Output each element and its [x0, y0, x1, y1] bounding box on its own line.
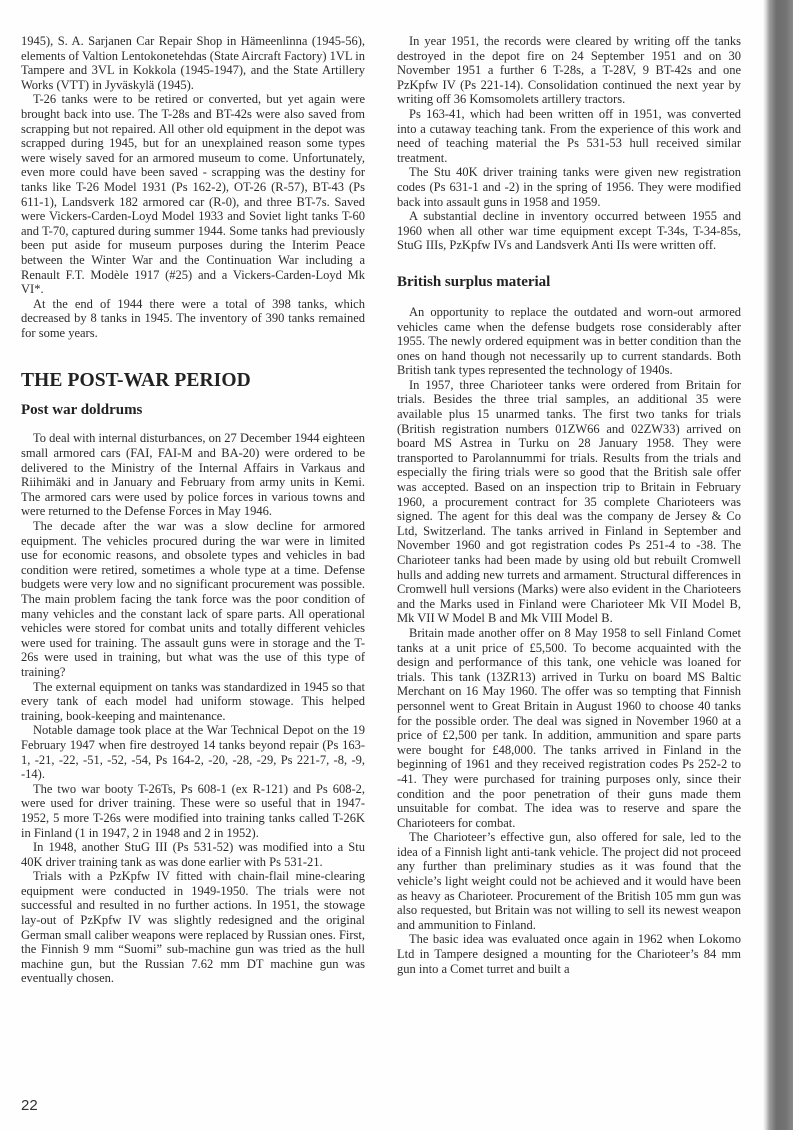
paragraph: At the end of 1944 there were a total of… — [21, 297, 365, 341]
paragraph: To deal with internal disturbances, on 2… — [21, 431, 365, 519]
paragraph: In 1948, another StuG III (Ps 531-52) wa… — [21, 840, 365, 869]
paragraph: Ps 163-41, which had been written off in… — [397, 107, 741, 165]
paragraph: Notable damage took place at the War Tec… — [21, 723, 365, 781]
page-number: 22 — [21, 1097, 38, 1114]
book-gutter-shadow — [763, 0, 793, 1130]
paragraph: The Stu 40K driver training tanks were g… — [397, 165, 741, 209]
paragraph: The basic idea was evaluated once again … — [397, 932, 741, 976]
paragraph: In year 1951, the records were cleared b… — [397, 34, 741, 107]
paragraph: The Charioteer’s effective gun, also off… — [397, 830, 741, 932]
paragraph: The external equipment on tanks was stan… — [21, 680, 365, 724]
paragraph: 1945), S. A. Sarjanen Car Repair Shop in… — [21, 34, 365, 92]
paragraph: T-26 tanks were to be retired or convert… — [21, 92, 365, 296]
paragraph: The two war booty T-26Ts, Ps 608-1 (ex R… — [21, 782, 365, 840]
section-title: Post war doldrums — [21, 401, 365, 419]
paragraph: Trials with a PzKpfw IV fitted with chai… — [21, 869, 365, 986]
section-title: British surplus material — [397, 273, 741, 291]
paragraph: The decade after the war was a slow decl… — [21, 519, 365, 680]
paragraph: Britain made another offer on 8 May 1958… — [397, 626, 741, 830]
book-page: 1945), S. A. Sarjanen Car Repair Shop in… — [0, 0, 793, 1130]
paragraph: In 1957, three Charioteer tanks were ord… — [397, 378, 741, 626]
left-column: 1945), S. A. Sarjanen Car Repair Shop in… — [21, 34, 365, 986]
right-column: In year 1951, the records were cleared b… — [397, 34, 741, 976]
paragraph: An opportunity to replace the outdated a… — [397, 305, 741, 378]
chapter-title: THE POST-WAR PERIOD — [21, 370, 365, 392]
paragraph: A substantial decline in inventory occur… — [397, 209, 741, 253]
